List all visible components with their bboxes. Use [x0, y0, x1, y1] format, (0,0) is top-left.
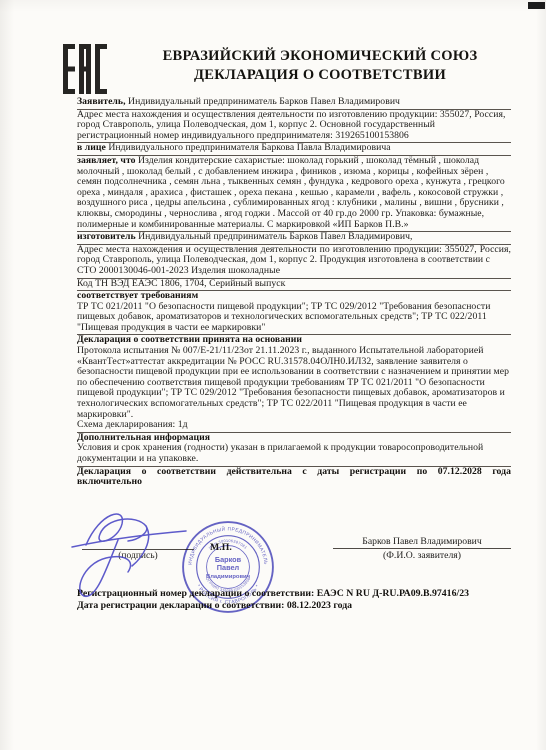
- requirements-row: ТР ТС 021/2011 "О безопасности пищевой п…: [77, 302, 511, 336]
- document-body: Заявитель, Индивидуальный предпринимател…: [77, 97, 511, 488]
- requirements-heading-text: соответствует требованиям: [77, 290, 198, 301]
- manufacturer-address-row: Адрес места нахождения и осуществления д…: [77, 245, 511, 266]
- eac-logo-icon: [63, 44, 107, 94]
- additional-heading-text: Дополнительная информация: [77, 432, 210, 443]
- manufacturer-label: изготовитель: [77, 231, 136, 242]
- stamp-inner-top: ИНН 300106387081: [208, 539, 248, 550]
- declares-text: Изделия кондитерские сахаристые: шоколад…: [77, 155, 505, 230]
- title-line-union: ЕВРАЗИЙСКИЙ ЭКОНОМИЧЕСКИЙ СОЮЗ: [140, 47, 500, 66]
- applicant-address: Адрес места нахождения и осуществления д…: [77, 109, 505, 141]
- scheme-text: Схема декларирования: 1д: [77, 419, 188, 430]
- validity-text: Декларация о соответствии действительна …: [77, 466, 511, 488]
- validity-row: Декларация о соответствии действительна …: [77, 467, 511, 488]
- scan-corner-artifact: [528, 2, 545, 9]
- document-title: ЕВРАЗИЙСКИЙ ЭКОНОМИЧЕСКИЙ СОЮЗ ДЕКЛАРАЦИ…: [140, 47, 500, 85]
- basis-text: Протокола испытания № 007/Е-21/11/23от 2…: [77, 345, 509, 420]
- declares-label: заявляет, что: [77, 155, 136, 166]
- title-line-declaration: ДЕКЛАРАЦИЯ О СООТВЕТСТВИИ: [140, 66, 500, 85]
- applicant-label: Заявитель,: [77, 96, 126, 107]
- basis-row: Протокола испытания № 007/Е-21/11/23от 2…: [77, 346, 511, 420]
- round-stamp: ИНДИВИДУАЛЬНЫЙ ПРЕДПРИНИМАТЕЛЬ * РОССИЯ …: [181, 520, 275, 614]
- manufacturer-name: Индивидуальный предприниматель Барков Па…: [138, 231, 412, 242]
- in-person-label: в лице: [77, 142, 106, 153]
- basis-heading-text: Декларация о соответствии принята на осн…: [77, 334, 302, 345]
- additional-text: Условия и срок хранения (годности) указа…: [77, 442, 483, 464]
- additional-row: Условия и срок хранения (годности) указа…: [77, 443, 511, 466]
- fio-caption: (Ф.И.О. заявителя): [333, 549, 511, 561]
- stamp-center-line2: Павел: [217, 563, 240, 572]
- fio-name: Барков Павел Владимирович: [333, 536, 511, 549]
- applicant-address-row: Адрес места нахождения и осуществления д…: [77, 110, 511, 144]
- svg-text:* РОССИЯ г. СТАВРОПОЛЬ *: * РОССИЯ г. СТАВРОПОЛЬ *: [195, 584, 261, 606]
- manufacturer-address: Адрес места нахождения и осуществления д…: [77, 244, 511, 266]
- applicant-name: Индивидуальный предприниматель Барков Па…: [128, 96, 400, 107]
- stamp-center-line3: Владимирович: [206, 574, 250, 580]
- declaration-document: ЕВРАЗИЙСКИЙ ЭКОНОМИЧЕСКИЙ СОЮЗ ДЕКЛАРАЦИ…: [0, 0, 546, 750]
- svg-text:ИНН 300106387081: ИНН 300106387081: [208, 539, 248, 550]
- sto-text: СТО 2000130046-001-2023 Изделия шоколадн…: [77, 265, 280, 276]
- in-person-name: Индивидуального предпринимателя Баркова …: [108, 142, 390, 153]
- tnved-text: Код ТН ВЭД ЕАЭС 1806, 1704, Серийный вып…: [77, 278, 285, 289]
- stamp-ring-bottom: * РОССИЯ г. СТАВРОПОЛЬ *: [195, 584, 261, 606]
- fio-block: Барков Павел Владимирович (Ф.И.О. заявит…: [333, 536, 511, 561]
- declares-row: заявляет, что Изделия кондитерские сахар…: [77, 156, 511, 232]
- requirements-text: ТР ТС 021/2011 "О безопасности пищевой п…: [77, 301, 490, 333]
